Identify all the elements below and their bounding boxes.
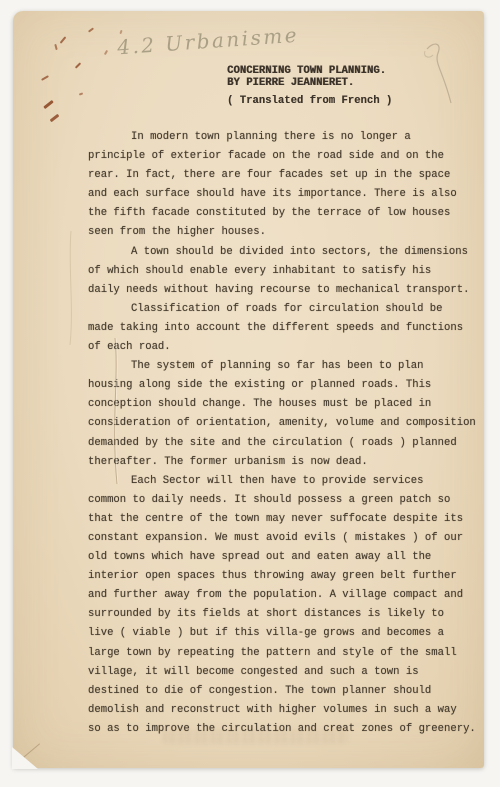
scanned-document-photo: { "page": { "handwritten_annotation": "4…: [0, 0, 500, 787]
typed-line: of which should enable every inhabitant …: [88, 262, 476, 281]
rust-speck: [41, 75, 49, 81]
typed-line: large town by repeating the pattern and …: [88, 644, 476, 663]
rust-speck: [79, 92, 83, 95]
typed-line: common to daily needs. It should possess…: [88, 491, 476, 510]
document-title: CONCERNING TOWN PLANNING.: [227, 66, 392, 78]
rust-speck: [50, 114, 60, 123]
typed-line: The system of planning so far has been t…: [88, 357, 476, 376]
rust-speck: [43, 100, 54, 109]
rust-speck: [60, 36, 67, 43]
typed-line: interior open spaces thus throwing away …: [88, 567, 476, 586]
rust-speck: [119, 30, 122, 34]
pencil-squiggle-mark: [403, 33, 463, 118]
rust-speck: [88, 27, 94, 32]
paper-crease-line: [61, 231, 81, 346]
handwritten-annotation: 4.2 Urbanisme: [116, 23, 299, 60]
clipped-corner: [12, 747, 38, 769]
typed-line: A town should be divided into sectors, t…: [88, 243, 476, 262]
typed-line: village, it will become congested and su…: [88, 663, 476, 682]
document-byline: BY PIERRE JEANNERET.: [227, 78, 392, 90]
typed-line: thereafter. The former urbanism is now d…: [88, 453, 476, 472]
typed-line: consideration of orientation, amenity, v…: [88, 414, 476, 433]
translation-note: ( Translated from French ): [227, 96, 392, 108]
typed-line: demolish and reconstruct with higher vol…: [88, 701, 476, 720]
typed-line: destined to die of congestion. The town …: [88, 682, 476, 701]
rust-speck: [75, 62, 81, 68]
typed-line: old towns which have spread out and eate…: [88, 548, 476, 567]
rust-speck: [104, 50, 108, 55]
typed-line: conception should change. The houses mus…: [88, 395, 476, 414]
typed-line: live ( viable ) but if this villa-ge gro…: [88, 624, 476, 643]
typed-line: that the centre of the town may never su…: [88, 510, 476, 529]
typed-line: principle of exterior facade on the road…: [88, 147, 476, 166]
typed-line: daily needs without having recourse to m…: [88, 281, 476, 300]
bleedthrough-ghost-text: [163, 729, 348, 744]
document-header: CONCERNING TOWN PLANNING. BY PIERRE JEAN…: [227, 66, 392, 108]
typed-line: seen from the higher houses.: [88, 223, 476, 242]
typed-line: of each road.: [88, 338, 476, 357]
typed-line: and further away from the population. A …: [88, 586, 476, 605]
typed-body: In modern town planning there is no long…: [88, 128, 476, 739]
typed-line: Each Sector will then have to provide se…: [88, 472, 476, 491]
typed-line: demanded by the site and the circulation…: [88, 434, 476, 453]
rust-speck: [54, 44, 57, 50]
typed-line: Classification of roads for circulation …: [88, 300, 476, 319]
typed-line: and each surface should have its importa…: [88, 185, 476, 204]
typed-line: made taking into account the different s…: [88, 319, 476, 338]
typed-line: In modern town planning there is no long…: [88, 128, 476, 147]
typed-line: housing along side the existing or plann…: [88, 376, 476, 395]
typed-line: rear. In fact, there are four facades se…: [88, 166, 476, 185]
typed-line: surrounded by its fields at short distan…: [88, 605, 476, 624]
typed-line: constant expansion. We must avoid evils …: [88, 529, 476, 548]
document-page: 4.2 Urbanisme CONCERNING TOWN PLANNING. …: [13, 11, 484, 768]
typed-line: the fifth facade constituted by the terr…: [88, 204, 476, 223]
